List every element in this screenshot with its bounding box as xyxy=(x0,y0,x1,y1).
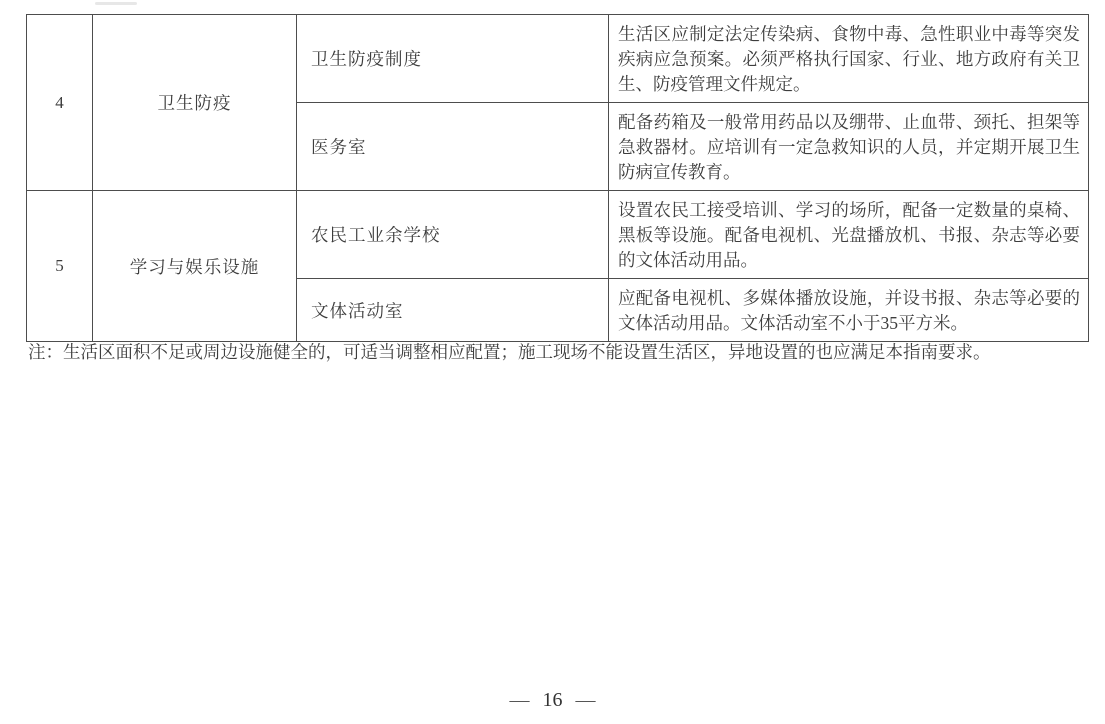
table-row: 4 卫生防疫 卫生防疫制度 生活区应制定法定传染病、食物中毒、急性职业中毒等突发… xyxy=(27,15,1089,103)
row-number-cell: 4 xyxy=(27,15,93,191)
category-cell: 卫生防疫 xyxy=(93,15,297,191)
scan-smudge xyxy=(95,2,137,5)
item-name-cell: 卫生防疫制度 xyxy=(297,15,609,103)
page-number: 16 xyxy=(543,689,563,711)
item-description-cell: 设置农民工接受培训、学习的场所，配备一定数量的桌椅、黑板等设施。配备电视机、光盘… xyxy=(609,191,1089,279)
item-description-cell: 应配备电视机、多媒体播放设施，并设书报、杂志等必要的文体活动用品。文体活动室不小… xyxy=(609,279,1089,342)
document-page: 4 卫生防疫 卫生防疫制度 生活区应制定法定传染病、食物中毒、急性职业中毒等突发… xyxy=(0,0,1105,724)
item-description-cell: 生活区应制定法定传染病、食物中毒、急性职业中毒等突发疾病应急预案。必须严格执行国… xyxy=(609,15,1089,103)
page-number-dash-left: — xyxy=(510,689,530,711)
page-number-dash-right: — xyxy=(576,689,596,711)
table-row: 5 学习与娱乐设施 农民工业余学校 设置农民工接受培训、学习的场所，配备一定数量… xyxy=(27,191,1089,279)
item-name-cell: 医务室 xyxy=(297,103,609,191)
item-name-cell: 文体活动室 xyxy=(297,279,609,342)
category-cell: 学习与娱乐设施 xyxy=(93,191,297,342)
item-description-cell: 配备药箱及一般常用药品以及绷带、止血带、颈托、担架等急救器材。应培训有一定急救知… xyxy=(609,103,1089,191)
row-number-cell: 5 xyxy=(27,191,93,342)
item-name-cell: 农民工业余学校 xyxy=(297,191,609,279)
table-footnote: 注：生活区面积不足或周边设施健全的，可适当调整相应配置；施工现场不能设置生活区，… xyxy=(28,341,1088,364)
requirements-table: 4 卫生防疫 卫生防疫制度 生活区应制定法定传染病、食物中毒、急性职业中毒等突发… xyxy=(26,14,1089,342)
page-footer: —16— xyxy=(0,689,1105,712)
